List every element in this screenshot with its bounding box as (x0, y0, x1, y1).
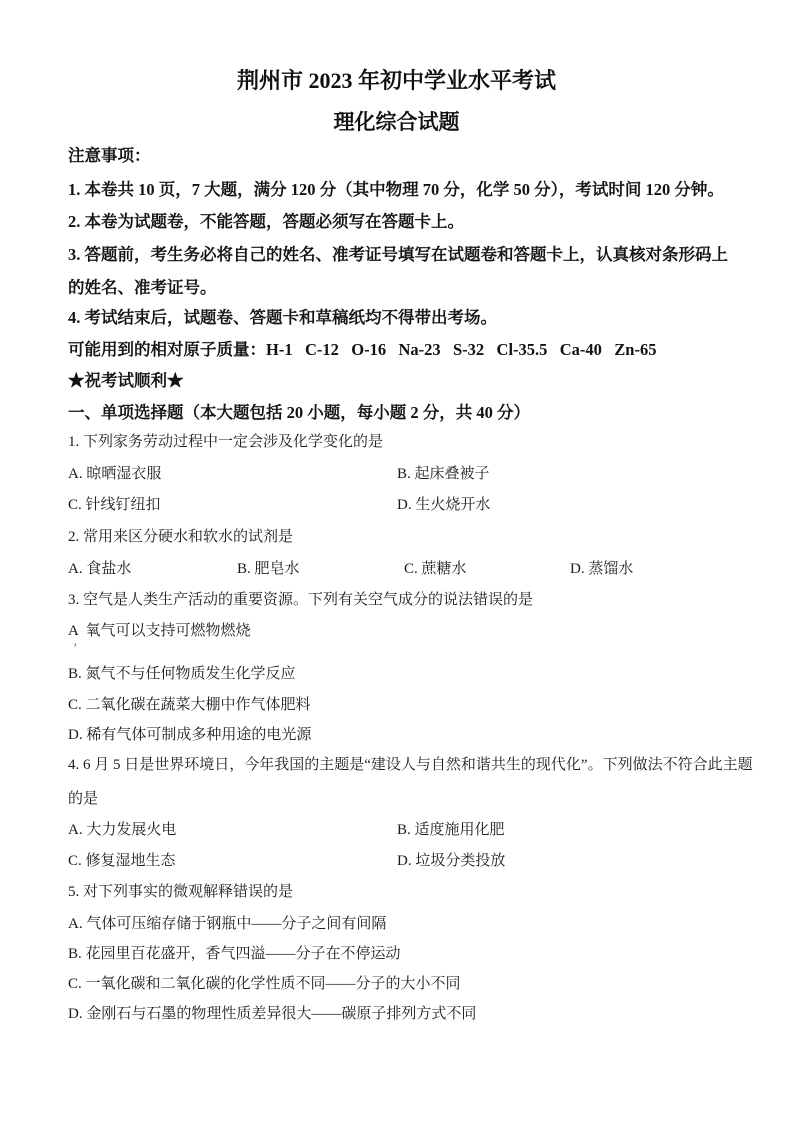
question-4-options-row-2: C. 修复湿地生态 D. 垃圾分类投放 (68, 851, 768, 871)
question-4-options-row-1: A. 大力发展火电 B. 适度施用化肥 (68, 820, 768, 840)
question-2-option-d: D. 蒸馏水 (570, 559, 768, 579)
question-2-stem: 2. 常用来区分硬水和软水的试剂是 (68, 527, 293, 547)
notice-heading: 注意事项： (68, 146, 151, 166)
exam-paper-page: 荆州市 2023 年初中学业水平考试 理化综合试题 注意事项： 1. 本卷共 1… (0, 0, 793, 1122)
question-3-option-c: C. 二氧化碳在蔬菜大棚中作气体肥料 (68, 695, 311, 715)
question-1-stem: 1. 下列家务劳动过程中一定会涉及化学变化的是 (68, 432, 383, 452)
notice-item-1: 1. 本卷共 10 页，7 大题，满分 120 分（其中物理 70 分，化学 5… (68, 180, 724, 200)
question-2-option-a: A. 食盐水 (68, 559, 237, 579)
question-5-option-b: B. 花园里百花盛开，香气四溢——分子在不停运动 (68, 944, 401, 964)
question-4-option-d: D. 垃圾分类投放 (397, 851, 768, 871)
question-2-option-b: B. 肥皂水 (237, 559, 404, 579)
question-3-option-b: B. 氮气不与任何物质发生化学反应 (68, 664, 296, 684)
question-3-stem: 3. 空气是人类生产活动的重要资源。下列有关空气成分的说法错误的是 (68, 590, 533, 610)
exam-subtitle: 理化综合试题 (0, 109, 793, 136)
question-5-option-c: C. 一氧化碳和二氧化碳的化学性质不同——分子的大小不同 (68, 974, 461, 994)
question-4-option-b: B. 适度施用化肥 (397, 820, 768, 840)
question-5-stem: 5. 对下列事实的微观解释错误的是 (68, 882, 293, 902)
scan-artifact-mark: ’ (73, 641, 77, 654)
notice-item-4: 4. 考试结束后，试题卷、答题卡和草稿纸均不得带出考场。 (68, 308, 497, 328)
exam-title: 荆州市 2023 年初中学业水平考试 (0, 67, 793, 95)
question-1-option-d: D. 生火烧开水 (397, 495, 768, 515)
notice-item-3: 3. 答题前，考生务必将自己的姓名、准考证号填写在试题卷和答题卡上，认真核对条形… (68, 238, 728, 304)
section-heading: 一、单项选择题（本大题包括 20 小题，每小题 2 分，共 40 分） (68, 403, 530, 423)
atomic-masses-line: 可能用到的相对原子质量：H-1 C-12 O-16 Na-23 S-32 Cl-… (68, 340, 656, 360)
question-1-option-b: B. 起床叠被子 (397, 464, 768, 484)
question-4-option-a: A. 大力发展火电 (68, 820, 397, 840)
question-3-option-a: A 氧气可以支持可燃物燃烧 (68, 621, 251, 641)
question-2-option-c: C. 蔗糖水 (404, 559, 570, 579)
question-3-option-d: D. 稀有气体可制成多种用途的电光源 (68, 725, 311, 745)
wish-line: ★祝考试顺利★ (68, 371, 184, 391)
question-2-options-row: A. 食盐水 B. 肥皂水 C. 蔗糖水 D. 蒸馏水 (68, 559, 768, 579)
question-5-option-a: A. 气体可压缩存储于钢瓶中——分子之间有间隔 (68, 914, 386, 934)
notice-item-2: 2. 本卷为试题卷，不能答题，答题必须写在答题卡上。 (68, 212, 464, 232)
question-4-stem: 4. 6 月 5 日是世界环境日，今年我国的主题是“建设人与自然和谐共生的现代化… (68, 748, 753, 816)
question-1-option-c: C. 针线钉纽扣 (68, 495, 397, 515)
question-4-option-c: C. 修复湿地生态 (68, 851, 397, 871)
question-1-options-row-2: C. 针线钉纽扣 D. 生火烧开水 (68, 495, 768, 515)
question-1-options-row-1: A. 晾晒湿衣服 B. 起床叠被子 (68, 464, 768, 484)
question-1-option-a: A. 晾晒湿衣服 (68, 464, 397, 484)
question-5-option-d: D. 金刚石与石墨的物理性质差异很大——碳原子排列方式不同 (68, 1004, 476, 1024)
